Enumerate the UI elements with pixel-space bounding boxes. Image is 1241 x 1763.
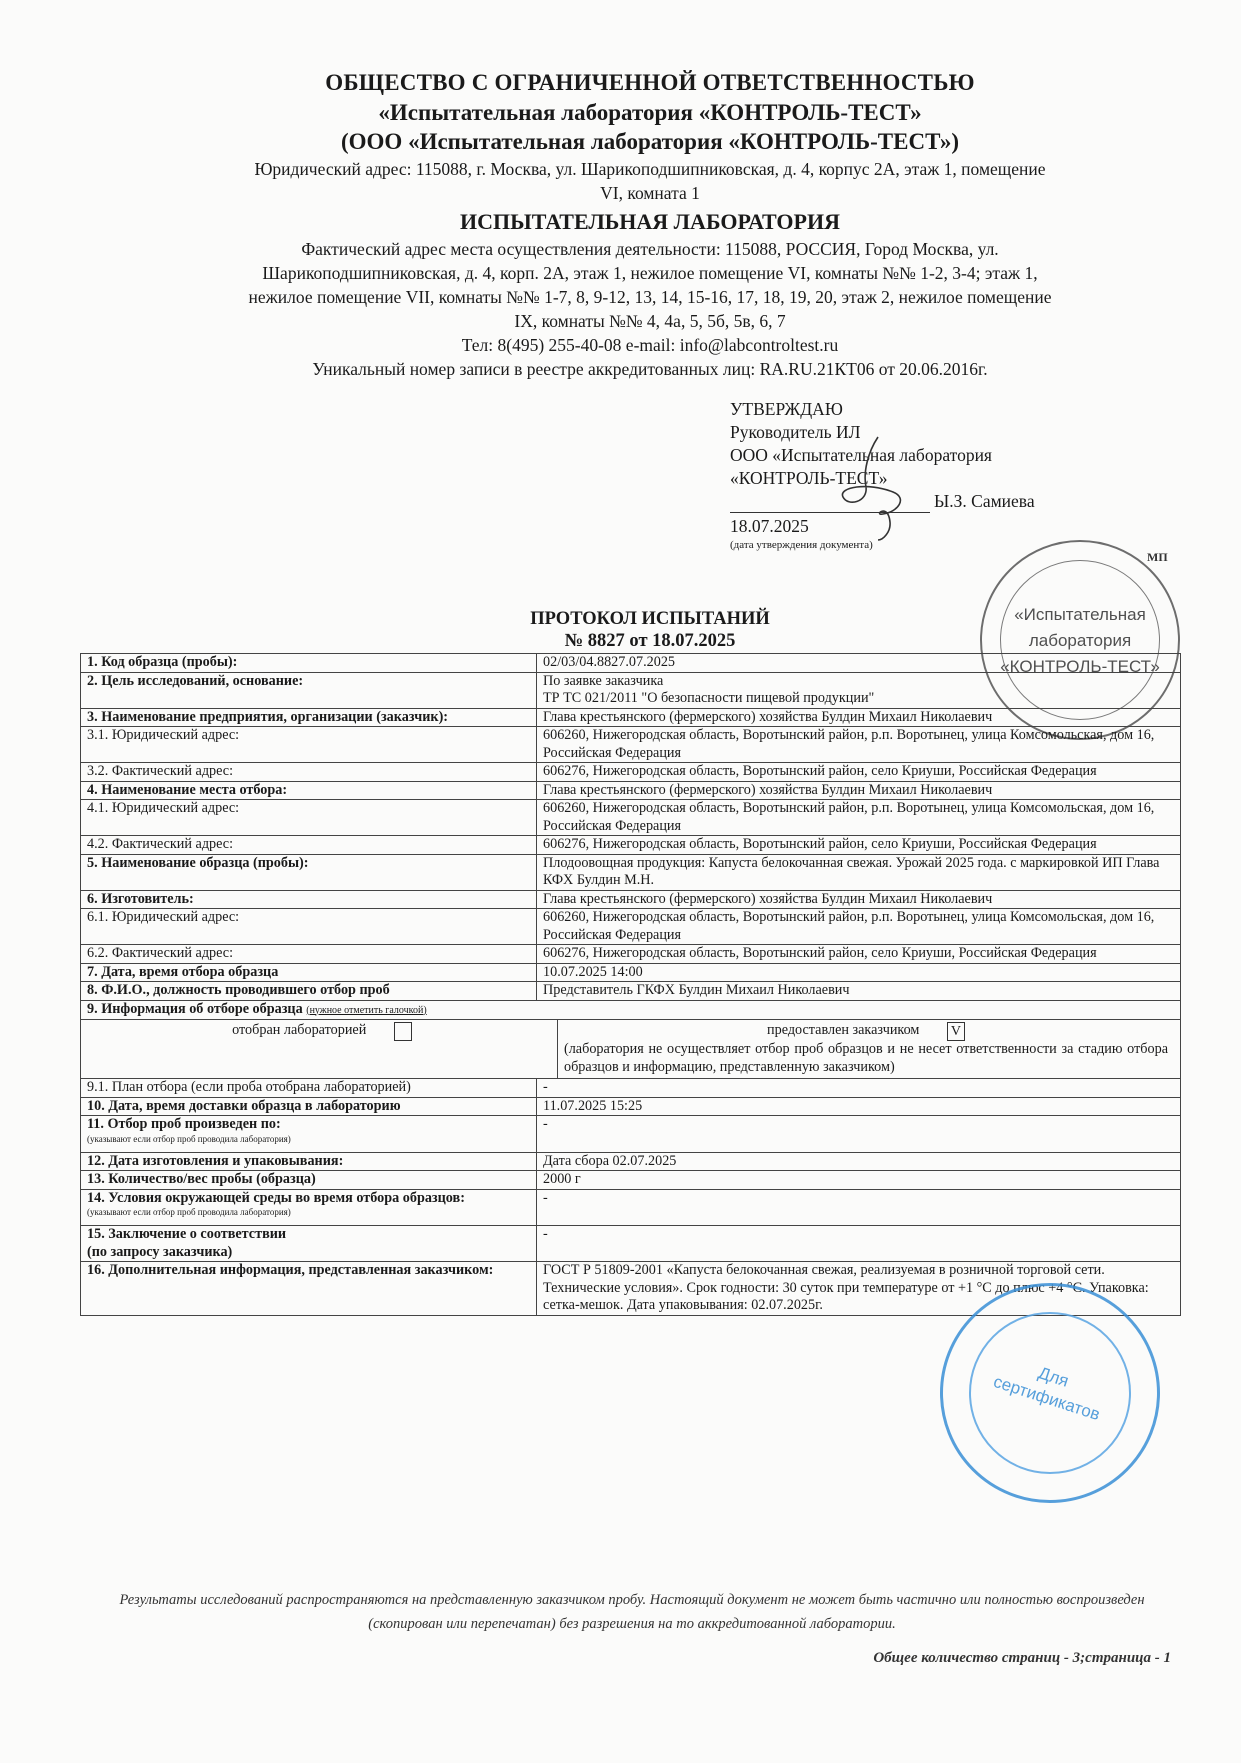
row-label: 16. Дополнительная информация, представл… <box>81 1262 537 1316</box>
signature-line: Ы.З. Самиева <box>730 490 1150 513</box>
contacts: Тел: 8(495) 255-40-08 e-mail: info@labco… <box>150 333 1150 357</box>
lab-stamp-text2: лаборатория <box>982 628 1178 654</box>
table-row: 7. Дата, время отбора образца 10.07.2025… <box>81 963 1181 982</box>
row-label: 5. Наименование образца (пробы): <box>81 854 537 890</box>
table-row: 9.1. План отбора (если проба отобрана ла… <box>81 1079 1181 1098</box>
handwritten-signature-icon <box>838 432 918 542</box>
protocol-heading: ПРОТОКОЛ ИСПЫТАНИЙ <box>430 608 870 630</box>
table-row: 6.1. Юридический адрес: 606260, Нижегоро… <box>81 909 1181 945</box>
table-row: 5. Наименование образца (пробы): Плодоов… <box>81 854 1181 890</box>
row-label: 6. Изготовитель: <box>81 890 537 909</box>
row-value: Глава крестьянского (фермерского) хозяйс… <box>537 890 1181 909</box>
page-count: Общее количество страниц - 3;страница - … <box>873 1650 1171 1667</box>
row-label-text: 11. Отбор проб произведен по: <box>87 1116 530 1134</box>
org-name-line3: (ООО «Испытательная лаборатория «КОНТРОЛ… <box>150 127 1150 157</box>
table-row: 3. Наименование предприятия, организации… <box>81 708 1181 727</box>
mp-mark: МП <box>1147 550 1168 565</box>
protocol-table: 1. Код образца (пробы): 02/03/04.8827.07… <box>80 653 1181 1316</box>
table-row: 6.2. Фактический адрес: 606276, Нижегоро… <box>81 945 1181 964</box>
org-name-line2: «Испытательная лаборатория «КОНТРОЛЬ-ТЕС… <box>150 98 1150 127</box>
row-label: 14. Условия окружающей среды во время от… <box>81 1189 537 1226</box>
row-label: 3. Наименование предприятия, организации… <box>81 708 537 727</box>
row-label: 12. Дата изготовления и упаковывания: <box>81 1152 537 1171</box>
table-row: 3.2. Фактический адрес: 606276, Нижегоро… <box>81 763 1181 782</box>
sampling-info-hint: (нужное отметить галочкой) <box>306 1005 426 1016</box>
approver-org-line2: «КОНТРОЛЬ-ТЕСТ» <box>730 467 1150 490</box>
row-label: 4.1. Юридический адрес: <box>81 800 537 836</box>
org-name-line1: ОБЩЕСТВО С ОГРАНИЧЕННОЙ ОТВЕТСТВЕННОСТЬЮ <box>150 68 1150 98</box>
table-row: 8. Ф.И.О., должность проводившего отбор … <box>81 982 1181 1001</box>
sampling-options-row: отобран лабораторией предоставлен заказч… <box>81 1020 1181 1079</box>
row-value: 606276, Нижегородская область, Воротынск… <box>537 945 1181 964</box>
row-value: 2000 г <box>537 1171 1181 1190</box>
option-client: предоставлен заказчиком V (лаборатория н… <box>558 1020 1174 1078</box>
row-label: 15. Заключение о соответствии (по запрос… <box>81 1226 537 1262</box>
sampling-info-title: 9. Информация об отборе образца <box>87 1001 303 1017</box>
option-client-note: (лаборатория не осуществляет отбор проб … <box>564 1041 1168 1076</box>
row-value-line2: ТР ТС 021/2011 "О безопасности пищевой п… <box>543 690 1174 708</box>
table-row: 12. Дата изготовления и упаковывания: Да… <box>81 1152 1181 1171</box>
row-label: 3.2. Фактический адрес: <box>81 763 537 782</box>
row-label: 6.1. Юридический адрес: <box>81 909 537 945</box>
protocol-title: ПРОТОКОЛ ИСПЫТАНИЙ № 8827 от 18.07.2025 <box>430 608 870 652</box>
option-lab: отобран лабораторией <box>87 1020 558 1078</box>
row-value: 606260, Нижегородская область, Воротынск… <box>537 800 1181 836</box>
table-row: 15. Заключение о соответствии (по запрос… <box>81 1226 1181 1262</box>
row-value: 606276, Нижегородская область, Воротынск… <box>537 836 1181 855</box>
row-value: Представитель ГКФХ Булдин Михаил Николае… <box>537 982 1181 1001</box>
row-value: Глава крестьянского (фермерского) хозяйс… <box>537 781 1181 800</box>
row-value: 606276, Нижегородская область, Воротынск… <box>537 763 1181 782</box>
lab-title: ИСПЫТАТЕЛЬНАЯ ЛАБОРАТОРИЯ <box>150 207 1150 237</box>
row-value: 02/03/04.8827.07.2025 <box>537 654 1181 673</box>
client-stamp-icon: Для сертификатов <box>940 1283 1160 1503</box>
row-label-note: (указывают если отбор проб проводила лаб… <box>87 1207 530 1217</box>
table-row: 3.1. Юридический адрес: 606260, Нижегоро… <box>81 727 1181 763</box>
row-label: 11. Отбор проб произведен по: (указывают… <box>81 1116 537 1153</box>
registry-number: Уникальный номер записи в реестре аккред… <box>150 357 1150 381</box>
option-client-checkbox[interactable]: V <box>947 1022 965 1041</box>
row-label: 1. Код образца (пробы): <box>81 654 537 673</box>
actual-address-line3: нежилое помещение VII, комнаты №№ 1-7, 8… <box>150 285 1150 309</box>
table-row: 6. Изготовитель: Глава крестьянского (фе… <box>81 890 1181 909</box>
table-row: 14. Условия окружающей среды во время от… <box>81 1189 1181 1226</box>
table-row: 4.1. Юридический адрес: 606260, Нижегоро… <box>81 800 1181 836</box>
disclaimer: Результаты исследований распространяются… <box>112 1588 1152 1636</box>
row-label: 2. Цель исследований, основание: <box>81 672 537 708</box>
row-value: 606260, Нижегородская область, Воротынск… <box>537 727 1181 763</box>
option-client-label: предоставлен заказчиком <box>767 1022 919 1038</box>
row-value: - <box>537 1116 1181 1153</box>
row-label: 3.1. Юридический адрес: <box>81 727 537 763</box>
row-value-line1: По заявке заказчика <box>543 673 1174 691</box>
row-label-line2: (по запросу заказчика) <box>87 1244 530 1262</box>
row-value: - <box>537 1079 1181 1098</box>
legal-address-line1: Юридический адрес: 115088, г. Москва, ул… <box>150 157 1150 181</box>
signer-name: Ы.З. Самиева <box>934 490 1035 513</box>
row-label: 6.2. Фактический адрес: <box>81 945 537 964</box>
approval-date: 18.07.2025 <box>730 515 1150 538</box>
lab-stamp-text1: «Испытательная <box>982 602 1178 628</box>
option-lab-checkbox[interactable] <box>394 1022 412 1041</box>
sampling-info-label: 9. Информация об отборе образца (нужное … <box>81 1000 1181 1020</box>
protocol-number: № 8827 от 18.07.2025 <box>430 630 870 652</box>
row-value: 606260, Нижегородская область, Воротынск… <box>537 909 1181 945</box>
row-value: Плодоовощная продукция: Капуста белокоча… <box>537 854 1181 890</box>
row-label-line1: 15. Заключение о соответствии <box>87 1226 530 1244</box>
row-label: 4.2. Фактический адрес: <box>81 836 537 855</box>
row-label-text: 14. Условия окружающей среды во время от… <box>87 1190 530 1208</box>
row-label: 8. Ф.И.О., должность проводившего отбор … <box>81 982 537 1001</box>
row-label: 9.1. План отбора (если проба отобрана ла… <box>81 1079 537 1098</box>
row-label: 13. Количество/вес пробы (образца) <box>81 1171 537 1190</box>
row-label: 4. Наименование места отбора: <box>81 781 537 800</box>
table-row: 1. Код образца (пробы): 02/03/04.8827.07… <box>81 654 1181 673</box>
row-value: По заявке заказчика ТР ТС 021/2011 "О бе… <box>537 672 1181 708</box>
approval-block: УТВЕРЖДАЮ Руководитель ИЛ ООО «Испытател… <box>730 398 1150 552</box>
option-lab-label: отобран лабораторией <box>232 1022 366 1038</box>
approve-heading: УТВЕРЖДАЮ <box>730 398 1150 421</box>
row-label: 10. Дата, время доставки образца в лабор… <box>81 1097 537 1116</box>
row-value: - <box>537 1189 1181 1226</box>
row-value: Глава крестьянского (фермерского) хозяйс… <box>537 708 1181 727</box>
row-value: Дата сбора 02.07.2025 <box>537 1152 1181 1171</box>
row-label-note: (указывают если отбор проб проводила лаб… <box>87 1134 530 1144</box>
table-row: 10. Дата, время доставки образца в лабор… <box>81 1097 1181 1116</box>
approver-position: Руководитель ИЛ <box>730 421 1150 444</box>
row-value: 10.07.2025 14:00 <box>537 963 1181 982</box>
table-row: 2. Цель исследований, основание: По заяв… <box>81 672 1181 708</box>
protocol-page: ОБЩЕСТВО С ОГРАНИЧЕННОЙ ОТВЕТСТВЕННОСТЬЮ… <box>0 0 1241 1763</box>
approver-org-line1: ООО «Испытательная лаборатория <box>730 444 1150 467</box>
table-row: 11. Отбор проб произведен по: (указывают… <box>81 1116 1181 1153</box>
actual-address-line4: IX, комнаты №№ 4, 4а, 5, 5б, 5в, 6, 7 <box>150 309 1150 333</box>
row-value: - <box>537 1226 1181 1262</box>
sampling-info-header-row: 9. Информация об отборе образца (нужное … <box>81 1000 1181 1020</box>
table-row: 4.2. Фактический адрес: 606276, Нижегоро… <box>81 836 1181 855</box>
legal-address-line2: VI, комната 1 <box>150 181 1150 205</box>
row-value: 11.07.2025 15:25 <box>537 1097 1181 1116</box>
table-row: 4. Наименование места отбора: Глава крес… <box>81 781 1181 800</box>
row-label: 7. Дата, время отбора образца <box>81 963 537 982</box>
table-row: 13. Количество/вес пробы (образца) 2000 … <box>81 1171 1181 1190</box>
letterhead: ОБЩЕСТВО С ОГРАНИЧЕННОЙ ОТВЕТСТВЕННОСТЬЮ… <box>150 68 1150 381</box>
actual-address-line2: Шарикоподшипниковская, д. 4, корп. 2А, э… <box>150 261 1150 285</box>
actual-address-line1: Фактический адрес места осуществления де… <box>150 237 1150 261</box>
